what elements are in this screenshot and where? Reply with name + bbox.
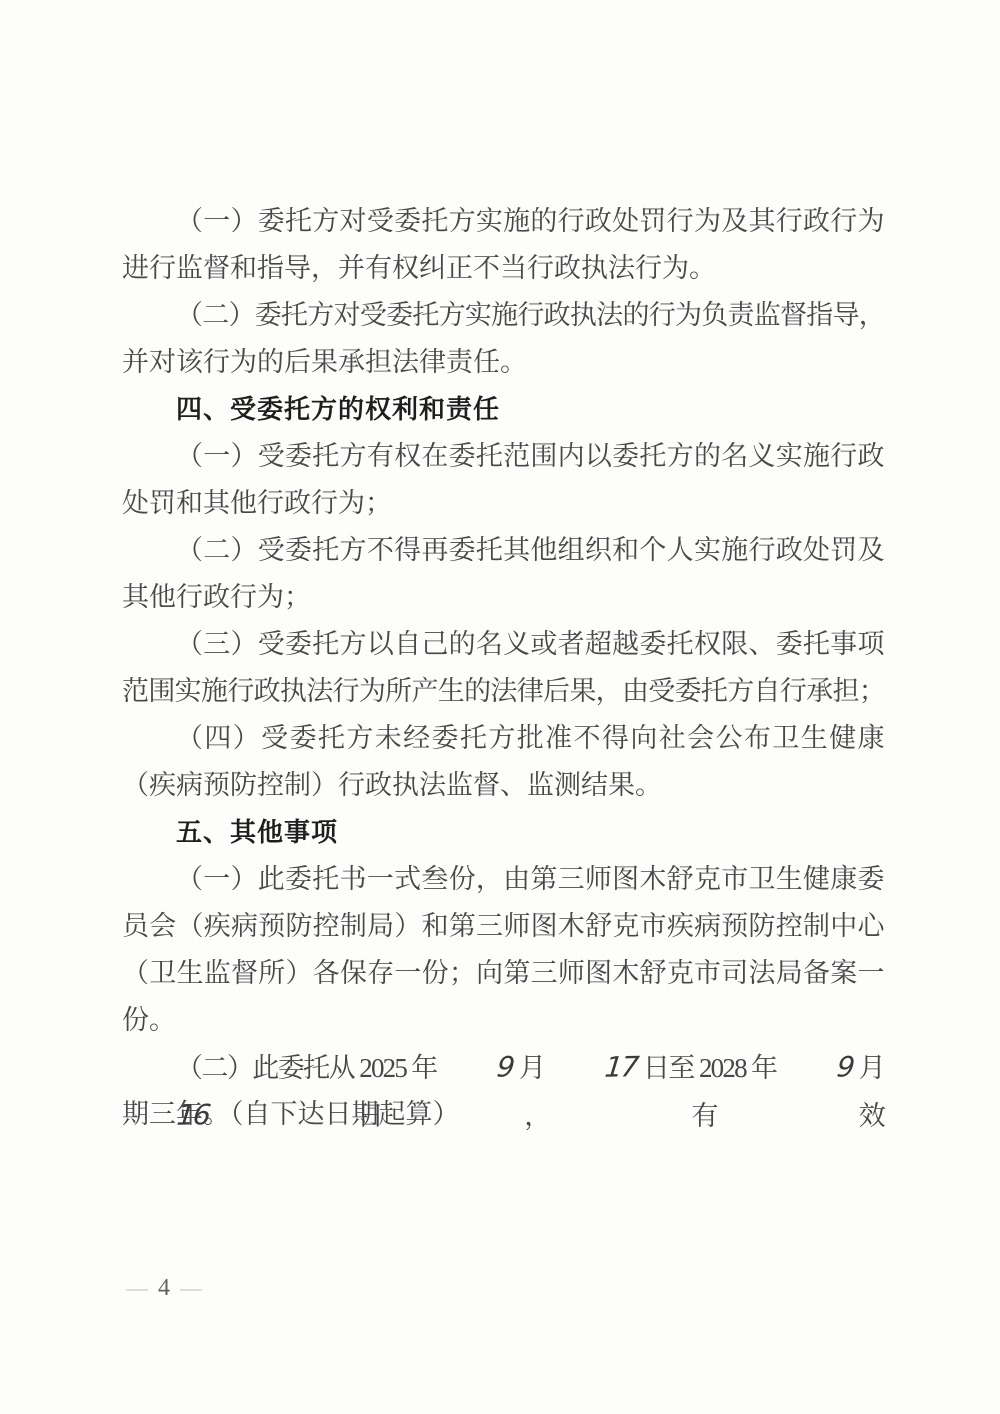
page-number-value: 4 <box>158 1275 170 1301</box>
handwritten-end-day: 16 <box>119 1091 212 1140</box>
validity-text: 月 <box>854 1053 884 1083</box>
handwritten-start-day: 17 <box>547 1043 640 1092</box>
section-heading-receiver-rights: 四、受委托方的权利和责任 <box>122 386 884 433</box>
page-number-dash-left: — <box>116 1275 158 1300</box>
text-line: （二）委托方对受委托方实施行政执法的行为负责监督指导， <box>122 292 884 339</box>
text-line: （一）受委托方有权在委托范围内以委托方的名义实施行政 <box>122 433 884 480</box>
validity-period-line: （二）此委托从 2025 年 9 月 17 日至 2028 年 9 月 16 日… <box>122 1044 884 1091</box>
text-line: 员会（疾病预防控制局）和第三师图木舒克市疾病预防控制中心 <box>122 903 884 950</box>
text-line: 并对该行为的后果承担法律责任。 <box>122 339 884 386</box>
handwritten-start-month: 9 <box>439 1043 516 1091</box>
page-number-dash-right: — <box>170 1275 212 1300</box>
text-line: （四）受委托方未经委托方批准不得向社会公布卫生健康 <box>122 715 884 762</box>
text-line: （三）受委托方以自己的名义或者超越委托权限、委托事项 <box>122 621 884 668</box>
page-number: —4— <box>116 1268 212 1308</box>
text-line: 进行监督和指导，并有权纠正不当行政执法行为。 <box>122 245 884 292</box>
validity-text: 日至 2028 年 <box>638 1053 782 1083</box>
text-line: （一）委托方对受委托方实施的行政处罚行为及其行政行为 <box>122 198 884 245</box>
section-heading-other-matters: 五、其他事项 <box>122 809 884 856</box>
text-line: （疾病预防控制）行政执法监督、监测结果。 <box>122 762 884 809</box>
text-line: 处罚和其他行政行为； <box>122 480 884 527</box>
validity-text: （二）此委托从 2025 年 <box>176 1053 442 1083</box>
text-line: （一）此委托书一式叁份，由第三师图木舒克市卫生健康委 <box>122 856 884 903</box>
validity-text: 月 <box>514 1053 550 1083</box>
document-body: （一）委托方对受委托方实施的行政处罚行为及其行政行为 进行监督和指导，并有权纠正… <box>122 198 884 1138</box>
text-line: （卫生监督所）各保存一份；向第三师图木舒克市司法局备案一 <box>122 950 884 997</box>
text-line: 份。 <box>122 997 884 1044</box>
text-line: 其他行政行为； <box>122 574 884 621</box>
text-line: （二）受委托方不得再委托其他组织和个人实施行政处罚及 <box>122 527 884 574</box>
document-page: （一）委托方对受委托方实施的行政处罚行为及其行政行为 进行监督和指导，并有权纠正… <box>0 0 1000 1414</box>
handwritten-end-month: 9 <box>779 1043 856 1091</box>
text-line: 范围实施行政执法行为所产生的法律后果，由受委托方自行承担； <box>122 668 884 715</box>
